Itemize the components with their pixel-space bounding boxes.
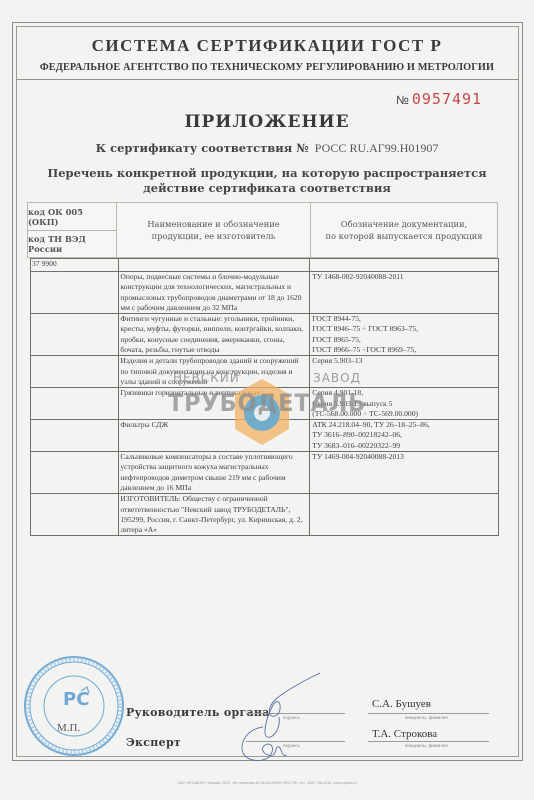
product-cell: Опоры, подвесные системы и блочно-модуль…: [119, 272, 310, 314]
product-cell: Изделия и детали трубопроводов зданий и …: [119, 356, 310, 388]
table-row: Сальниковые компенсаторы в составе уплот…: [31, 452, 499, 494]
docs-cell: Серия 5.903–13: [310, 356, 499, 388]
svg-text:РС: РС: [63, 689, 89, 710]
product-cell: Грязевики горизонтальные и вертикальные: [119, 388, 310, 420]
product-cell: [119, 259, 310, 272]
list-title: Перечень конкретной продукции, на котору…: [0, 166, 534, 196]
product-table: 37 9900 Опоры, подвесные системы и блочн…: [30, 258, 499, 536]
docs-cell: ГОСТ 8944-75, ГОСТ 8946–75 ÷ ГОСТ 8963–7…: [310, 314, 499, 356]
docs-cell: АТК 24.218.04–90, ТУ 26–18–25–86, ТУ 361…: [310, 420, 499, 452]
serial-number: №0957491: [396, 90, 482, 108]
table-row: Изделия и детали трубопроводов зданий и …: [31, 356, 499, 388]
certificate-number: РОСС RU.АГ99.Н01907: [315, 141, 439, 155]
documentation-header-line1: Обозначение документации,: [326, 218, 483, 230]
code-cell: [31, 494, 119, 536]
head-name-line: [368, 713, 489, 714]
expert-label: Эксперт: [126, 736, 181, 749]
code-cell: [31, 420, 119, 452]
head-name-caption: инициалы, фамилия: [405, 715, 448, 720]
handwritten-signatures-icon: [235, 665, 335, 770]
code-cell: [31, 272, 119, 314]
tnved-code-header: код ТН ВЭД России: [28, 231, 116, 257]
product-cell: Сальниковые компенсаторы в составе уплот…: [119, 452, 310, 494]
table-header: код ОК 005 (ОКП) код ТН ВЭД России Наиме…: [27, 202, 498, 258]
certificate-reference: К сертификату соответствия №РОСС RU.АГ99…: [0, 141, 534, 156]
expert-name-caption: инициалы, фамилия: [405, 743, 448, 748]
list-title-line2: действие сертификата соответствия: [0, 181, 534, 196]
code-cell: [31, 452, 119, 494]
docs-cell: Серия 4.901-18, Серия 5.903-13 выпуск 5 …: [310, 388, 499, 420]
table-row: ИЗГОТОВИТЕЛЬ: Обществу с ограниченной от…: [31, 494, 499, 536]
code-column-header: код ОК 005 (ОКП) код ТН ВЭД России: [28, 203, 117, 257]
head-name: С.А. Бушуев: [372, 698, 431, 710]
docs-cell: [310, 494, 499, 536]
table-row: Фитинги чугунные и стальные: угольники, …: [31, 314, 499, 356]
docs-cell: ТУ 1468-002-92040088-2011: [310, 272, 499, 314]
printer-footer: ЗАО «ОПЦИОН», Москва, 2010, «Б» лицензия…: [0, 781, 534, 785]
system-title: СИСТЕМА СЕРТИФИКАЦИИ ГОСТ Р: [0, 36, 534, 56]
okp-code-header: код ОК 005 (ОКП): [28, 203, 116, 231]
stamp-place-label: М.П.: [57, 722, 80, 734]
page-title: ПРИЛОЖЕНИЕ: [0, 112, 534, 132]
table-row: Грязевики горизонтальные и вертикальные …: [31, 388, 499, 420]
list-title-line1: Перечень конкретной продукции, на котору…: [0, 166, 534, 181]
code-cell: 37 9900: [31, 259, 119, 272]
code-cell: [31, 356, 119, 388]
documentation-header: Обозначение документации, по которой вып…: [311, 203, 497, 257]
product-name-header: Наименование и обозначение продукции, ее…: [117, 203, 311, 257]
certification-stamp-icon: РС: [23, 655, 125, 757]
docs-cell: [310, 259, 499, 272]
manufacturer-cell: ИЗГОТОВИТЕЛЬ: Обществу с ограниченной от…: [119, 494, 310, 536]
serial-value: 0957491: [412, 90, 482, 108]
table-row: 37 9900: [31, 259, 499, 272]
serial-prefix: №: [396, 93, 409, 107]
expert-name: Т.А. Строкова: [372, 728, 437, 740]
expert-name-line: [368, 741, 489, 742]
code-cell: [31, 314, 119, 356]
agency-name: ФЕДЕРАЛЬНОЕ АГЕНТСТВО ПО ТЕХНИЧЕСКОМУ РЕ…: [0, 62, 534, 73]
header-divider: [16, 79, 519, 80]
code-cell: [31, 388, 119, 420]
table-row: Опоры, подвесные системы и блочно-модуль…: [31, 272, 499, 314]
table-row: Фильтры СДЖ АТК 24.218.04–90, ТУ 26–18–2…: [31, 420, 499, 452]
certificate-label: К сертификату соответствия №: [96, 141, 309, 155]
product-name-header-line1: Наименование и обозначение: [147, 218, 279, 230]
product-cell: Фильтры СДЖ: [119, 420, 310, 452]
documentation-header-line2: по которой выпускается продукция: [326, 230, 483, 242]
docs-cell: ТУ 1469-004-92040088-2013: [310, 452, 499, 494]
product-name-header-line2: продукции, ее изготовитель: [147, 230, 279, 242]
product-cell: Фитинги чугунные и стальные: угольники, …: [119, 314, 310, 356]
